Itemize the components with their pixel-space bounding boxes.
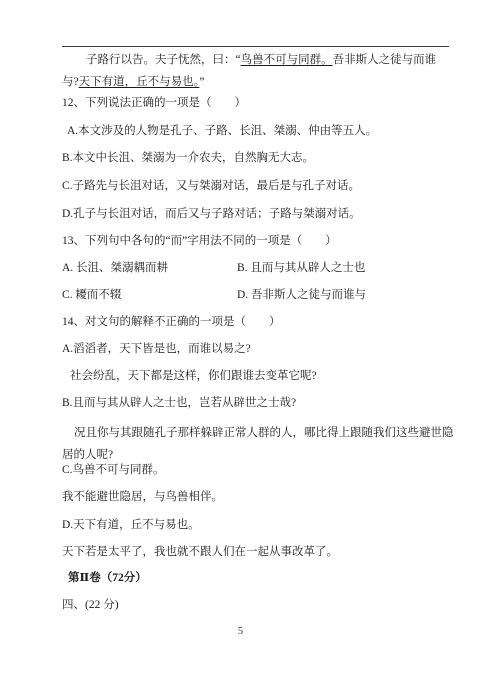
q14-option-d: D.天下有道，丘不与易也。 — [62, 518, 200, 532]
q14-option-c: C.鸟兽不可与同群。 — [62, 463, 165, 477]
passage-underlined-quote-2: 天下有道，丘不与易也。 — [79, 76, 200, 88]
q12-option-c: C.子路先与长沮对话，又与桀溺对话，最后是与孔子对话。 — [62, 179, 360, 193]
passage-underlined-quote-1: 鸟兽不可与同群。 — [241, 54, 333, 66]
q13-stem: 13、下列句中各句的“而”字用法不同的一项是（ ） — [62, 234, 337, 248]
q14-option-a: A.滔滔者，天下皆是也，而谁以易之? — [62, 342, 251, 356]
q14-translation-b: 况且你与其跟随孔子那样躲辟正常人群的人，哪比得上跟随我们这些避世隐居的人呢? — [62, 422, 454, 466]
q13-option-b: B. 且而与其从辟人之士也 — [237, 261, 365, 275]
q13-option-d: D. 吾非斯人之徒与而谁与 — [237, 288, 366, 302]
q13-option-a: A. 长沮、桀溺耦而耕 — [62, 261, 168, 275]
q14-stem: 14、对文句的解释不正确的一项是（ ） — [62, 315, 281, 329]
page-number: 5 — [0, 625, 481, 639]
section2-part4-header: 四、(22 分) — [62, 598, 119, 612]
passage-paragraph: 子路行以告。夫子怃然，曰：“鸟兽不可与同群。吾非斯人之徒与而谁与?天下有道，丘不… — [62, 49, 450, 93]
q12-option-d: D.孔子与长沮对话，而后又与子路对话；子路与桀溺对话。 — [62, 207, 361, 221]
q12-stem: 12、下列说法正确的一项是（ ） — [62, 96, 246, 110]
q12-option-a: A.本文涉及的人物是孔子、子路、长沮、桀溺、仲由等五人。 — [67, 124, 377, 138]
exam-document-page: 子路行以告。夫子怃然，曰：“鸟兽不可与同群。吾非斯人之徒与而谁与?天下有道，丘不… — [0, 0, 481, 681]
section2-title: 第Ⅱ卷（72分） — [68, 571, 147, 585]
q13-option-c: C. 耰而不辍 — [62, 288, 121, 302]
q14-option-b: B.且而与其从辟人之士也，岂若从辟世之士哉? — [62, 396, 296, 410]
q14-translation-c: 我不能避世隐居，与鸟兽相伴。 — [62, 490, 223, 504]
q14-translation-d: 天下若是太平了，我也就不跟人们在一起从事改革了。 — [62, 545, 338, 559]
passage-text-lead: 子路行以告。夫子怃然，曰：“ — [86, 54, 241, 66]
passage-closing-quote: ” — [199, 76, 204, 88]
top-rule-divider — [62, 46, 449, 47]
q12-option-b: B.本文中长沮、桀溺为一介农夫，自然胸无大志。 — [62, 151, 314, 165]
q14-translation-a: 社会纷乱，天下都是这样，你们跟谁去变革它呢? — [70, 369, 317, 383]
